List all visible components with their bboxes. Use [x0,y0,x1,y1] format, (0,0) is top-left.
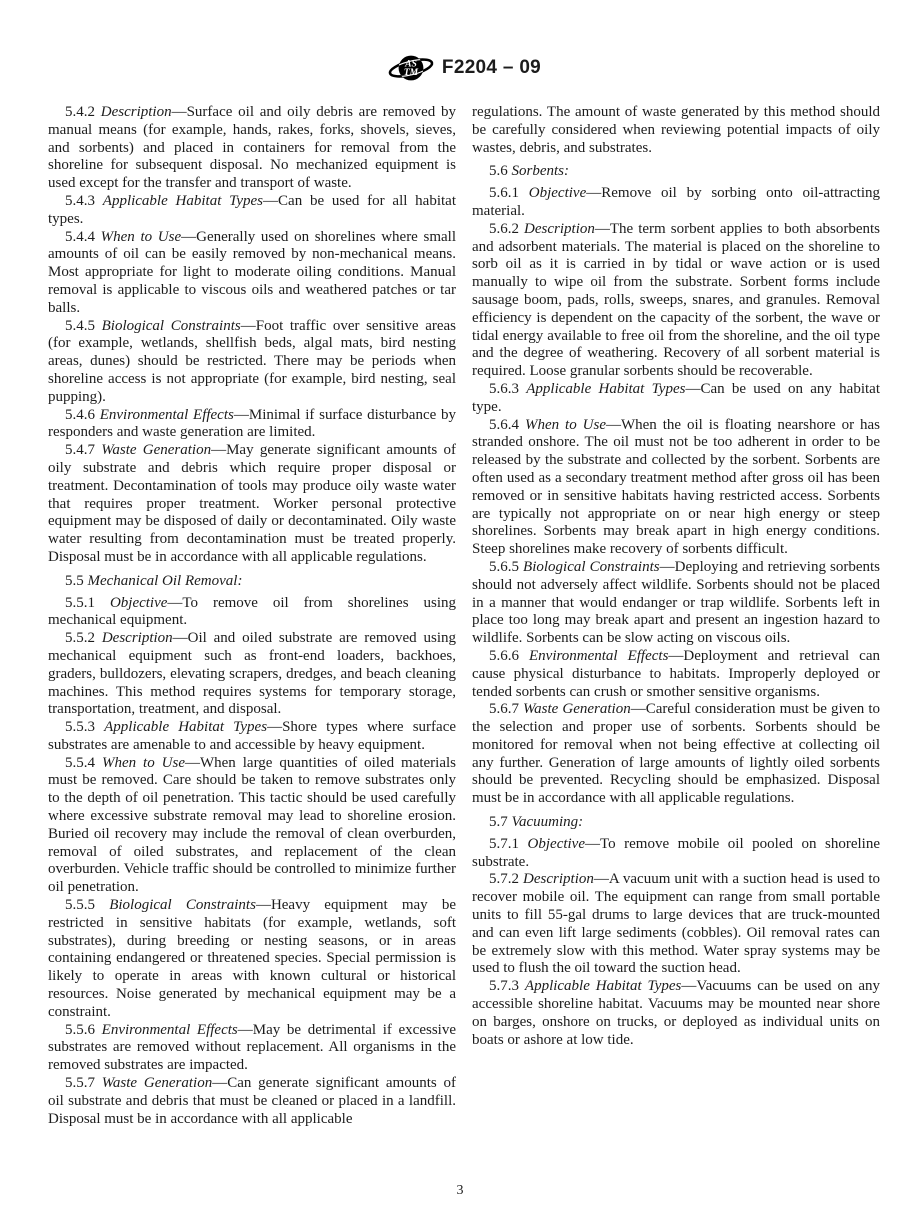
clause-number: 5.5.3 [65,719,104,735]
paragraph: 5.5.7 Waste Generation—Can generate sign… [48,1075,456,1128]
astm-logo-icon: AS TM [387,49,435,87]
paragraph: 5.7.3 Applicable Habitat Types—Vacuums c… [472,978,880,1049]
clause-label: When to Use [101,229,181,245]
two-column-body: 5.4.2 Description—Surface oil and oily d… [48,104,880,1128]
document-page: AS TM F2204 – 09 5.4.2 Description—Surfa… [0,0,920,1232]
clause-label: Description [524,221,595,237]
clause-number: 5.4.3 [65,193,103,209]
clause-label: Applicable Habitat Types [104,719,267,735]
clause-label: Environmental Effects [102,1022,238,1038]
section-heading: 5.6 Sorbents: [472,163,880,181]
clause-number: 5.6.6 [489,648,529,664]
clause-number: 5.7.2 [489,871,523,887]
clause-label: Biological Constraints [523,559,660,575]
section-title: Vacuuming: [512,814,584,830]
clause-label: Objective [528,836,585,852]
clause-label: Applicable Habitat Types [525,978,682,994]
clause-number: 5.6.5 [489,559,523,575]
clause-label: When to Use [525,417,606,433]
clause-number: 5.6.3 [489,381,526,397]
paragraph: 5.5.2 Description—Oil and oiled substrat… [48,630,456,719]
clause-number: 5.5.6 [65,1022,102,1038]
clause-number: 5.5.2 [65,630,102,646]
paragraph: 5.6.7 Waste Generation—Careful considera… [472,701,880,808]
clause-label: Waste Generation [101,442,211,458]
clause-label: Waste Generation [102,1075,212,1091]
paragraph: 5.5.5 Biological Constraints—Heavy equip… [48,897,456,1022]
section-number: 5.5 [65,573,88,589]
clause-label: Waste Generation [523,701,631,717]
paragraph: 5.5.3 Applicable Habitat Types—Shore typ… [48,719,456,755]
paragraph: 5.6.3 Applicable Habitat Types—Can be us… [472,381,880,417]
clause-label: Biological Constraints [102,318,241,334]
left-column: 5.4.2 Description—Surface oil and oily d… [48,104,456,1128]
document-header: AS TM F2204 – 09 [48,48,880,88]
paragraph: 5.4.2 Description—Surface oil and oily d… [48,104,456,193]
clause-number: 5.4.5 [65,318,102,334]
clause-number: 5.7.1 [489,836,528,852]
clause-label: Applicable Habitat Types [103,193,263,209]
clause-number: 5.6.4 [489,417,525,433]
clause-number: 5.5.1 [65,595,110,611]
clause-label: Objective [529,185,586,201]
paragraph: 5.5.4 When to Use—When large quantities … [48,755,456,897]
clause-label: Applicable Habitat Types [526,381,685,397]
section-title: Mechanical Oil Removal: [88,573,243,589]
paragraph: 5.4.7 Waste Generation—May generate sign… [48,442,456,567]
paragraph: 5.7.2 Description—A vacuum unit with a s… [472,871,880,978]
paragraph: 5.6.5 Biological Constraints—Deploying a… [472,559,880,648]
clause-number: 5.5.5 [65,897,109,913]
clause-number: 5.4.2 [65,104,101,120]
clause-label: Description [523,871,594,887]
svg-text:TM: TM [404,67,419,78]
paragraph: 5.4.3 Applicable Habitat Types—Can be us… [48,193,456,229]
clause-label: Environmental Effects [529,648,668,664]
clause-number: 5.6.2 [489,221,524,237]
clause-number: 5.6.7 [489,701,523,717]
paragraph: 5.7.1 Objective—To remove mobile oil poo… [472,836,880,872]
paragraph: 5.5.6 Environmental Effects—May be detri… [48,1022,456,1075]
section-heading: 5.7 Vacuuming: [472,814,880,832]
document-number: F2204 – 09 [442,59,541,77]
paragraph: 5.4.6 Environmental Effects—Minimal if s… [48,407,456,443]
clause-number: 5.5.4 [65,755,102,771]
section-number: 5.6 [489,163,512,179]
paragraph-continuation: regulations. The amount of waste generat… [472,104,880,157]
paragraph: 5.6.6 Environmental Effects—Deployment a… [472,648,880,701]
page-footer: 3 [0,1182,920,1200]
clause-number: 5.7.3 [489,978,525,994]
paragraph: 5.4.4 When to Use—Generally used on shor… [48,229,456,318]
clause-number: 5.6.1 [489,185,529,201]
section-number: 5.7 [489,814,512,830]
paragraph: 5.5.1 Objective—To remove oil from shore… [48,595,456,631]
clause-label: Description [102,630,173,646]
section-heading: 5.5 Mechanical Oil Removal: [48,573,456,591]
clause-label: Description [101,104,172,120]
paragraph: 5.4.5 Biological Constraints—Foot traffi… [48,318,456,407]
section-title: Sorbents: [512,163,570,179]
clause-number: 5.4.4 [65,229,101,245]
page-number: 3 [457,1183,464,1198]
clause-label: Biological Constraints [109,897,256,913]
clause-label: When to Use [102,755,185,771]
paragraph: 5.6.2 Description—The term sorbent appli… [472,221,880,381]
clause-number: 5.4.6 [65,407,100,423]
paragraph: 5.6.4 When to Use—When the oil is floati… [472,417,880,559]
clause-label: Objective [110,595,167,611]
right-column: regulations. The amount of waste generat… [472,104,880,1128]
clause-number: 5.4.7 [65,442,101,458]
clause-label: Environmental Effects [100,407,234,423]
clause-number: 5.5.7 [65,1075,102,1091]
paragraph: 5.6.1 Objective—Remove oil by sorbing on… [472,185,880,221]
